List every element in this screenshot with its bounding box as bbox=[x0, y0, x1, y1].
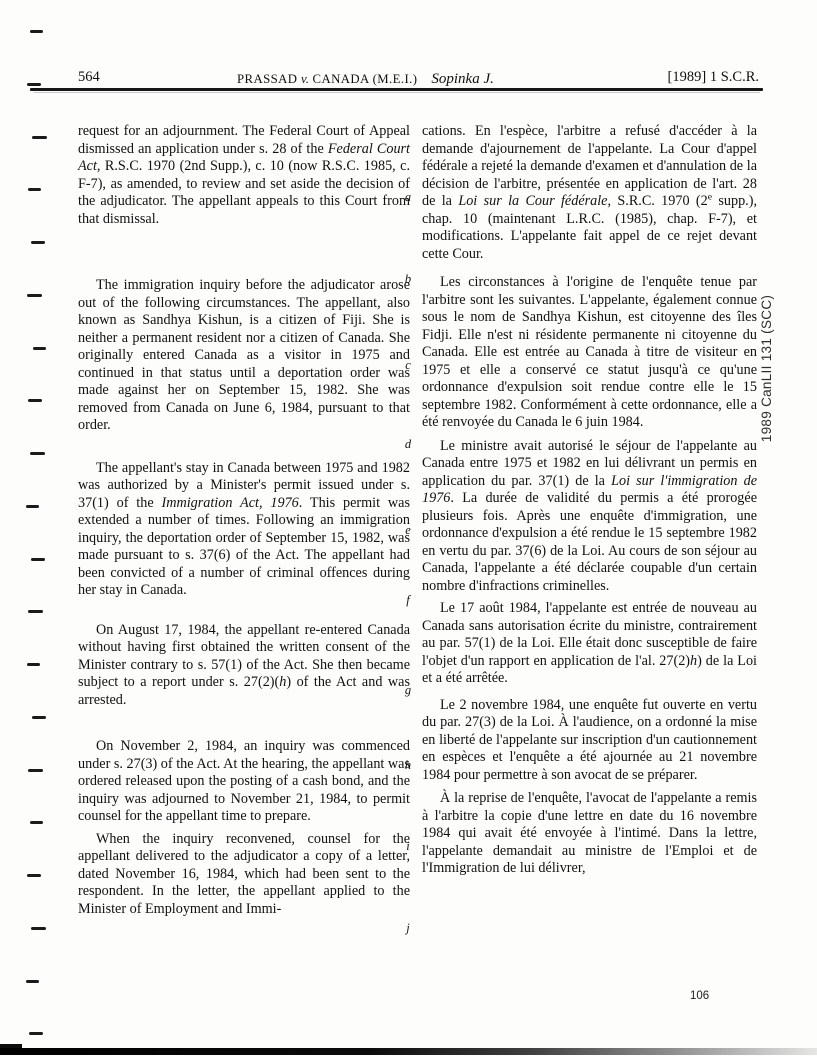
case-name: PRASSAD bbox=[237, 72, 301, 86]
gutter-letter: j bbox=[401, 921, 415, 936]
text: Le 2 novembre 1984, une enquête fut ouve… bbox=[422, 697, 757, 783]
margin-mark bbox=[32, 136, 47, 139]
margin-mark bbox=[30, 30, 43, 33]
english-column: request for an adjournment. The Federal … bbox=[78, 123, 410, 918]
margin-mark bbox=[31, 558, 45, 561]
margin-mark bbox=[28, 188, 41, 191]
running-head: PRASSAD v. CANADA (M.E.I.)Sopinka J. bbox=[237, 71, 494, 88]
gutter-letter: g bbox=[401, 683, 415, 698]
text: À la reprise de l'enquête, l'avocat de l… bbox=[422, 790, 757, 876]
gutter-letter: d bbox=[401, 437, 415, 452]
paragraph: On August 17, 1984, the appellant re-ent… bbox=[78, 622, 410, 710]
paragraph: Le 2 novembre 1984, une enquête fut ouve… bbox=[422, 697, 757, 785]
margin-mark bbox=[26, 505, 39, 508]
gutter-letter: i bbox=[401, 839, 415, 854]
gutter-letter: b bbox=[401, 272, 415, 287]
margin-mark bbox=[30, 452, 45, 455]
header-rule-shadow bbox=[34, 92, 760, 93]
paragraph: cations. En l'espèce, l'arbitre a refusé… bbox=[422, 123, 757, 263]
canlii-watermark: 1989 CanLII 131 (SCC) bbox=[759, 271, 776, 466]
gutter-letter: a bbox=[401, 190, 415, 205]
margin-mark bbox=[30, 821, 43, 824]
italic-text: Loi sur la Cour fédérale bbox=[458, 193, 607, 209]
paragraph: Le ministre avait autorisé le séjour de … bbox=[422, 438, 757, 596]
text: , R.S.C. 1970 (2nd Supp.), c. 10 (now R.… bbox=[78, 158, 410, 227]
gutter-letter: c bbox=[401, 358, 415, 373]
text: When the inquiry reconvened, counsel for… bbox=[78, 831, 410, 917]
paragraph: request for an adjournment. The Federal … bbox=[78, 123, 410, 228]
gutter-letter: e bbox=[401, 523, 415, 538]
volume-citation: [1989] 1 S.C.R. bbox=[668, 69, 759, 86]
margin-mark bbox=[27, 294, 42, 297]
italic-text: Immigration Act, 1976 bbox=[162, 495, 299, 511]
text: . La durée de validité du permis a été p… bbox=[422, 490, 757, 594]
text: On November 2, 1984, an inquiry was comm… bbox=[78, 738, 410, 824]
margin-mark bbox=[26, 980, 39, 983]
margin-mark bbox=[32, 716, 46, 719]
judge-name: Sopinka J. bbox=[431, 71, 493, 87]
gutter-letter: h bbox=[401, 758, 415, 773]
footer-page-number: 106 bbox=[690, 990, 709, 1002]
versus: v. bbox=[301, 72, 309, 86]
header-page-number: 564 bbox=[78, 69, 100, 86]
margin-mark bbox=[27, 874, 41, 877]
header-rule bbox=[30, 88, 763, 91]
margin-mark bbox=[31, 927, 46, 930]
paragraph: The immigration inquiry before the adjud… bbox=[78, 277, 410, 435]
paragraph: Les circonstances à l'origine de l'enquê… bbox=[422, 274, 757, 432]
case-name-respondent: CANADA (M.E.I.) bbox=[309, 72, 417, 86]
margin-mark bbox=[27, 83, 41, 86]
margin-mark bbox=[28, 399, 42, 402]
margin-mark bbox=[29, 1032, 43, 1035]
paragraph: The appellant's stay in Canada between 1… bbox=[78, 460, 410, 600]
margin-mark bbox=[33, 347, 46, 350]
french-column: cations. En l'espèce, l'arbitre a refusé… bbox=[422, 123, 757, 878]
margin-mark bbox=[27, 663, 40, 666]
paragraph: When the inquiry reconvened, counsel for… bbox=[78, 831, 410, 919]
margin-mark bbox=[28, 610, 43, 613]
text: The immigration inquiry before the adjud… bbox=[78, 277, 410, 433]
paragraph: On November 2, 1984, an inquiry was comm… bbox=[78, 738, 410, 826]
margin-mark bbox=[28, 769, 43, 772]
text: , S.R.C. 1970 (2 bbox=[607, 193, 707, 209]
gutter-letter: f bbox=[401, 593, 415, 608]
margin-mark bbox=[31, 241, 45, 244]
text: Les circonstances à l'origine de l'enquê… bbox=[422, 274, 757, 430]
paragraph: À la reprise de l'enquête, l'avocat de l… bbox=[422, 790, 757, 878]
paragraph: Le 17 août 1984, l'appelante est entrée … bbox=[422, 600, 757, 688]
bottom-scan-bar bbox=[0, 1048, 817, 1055]
